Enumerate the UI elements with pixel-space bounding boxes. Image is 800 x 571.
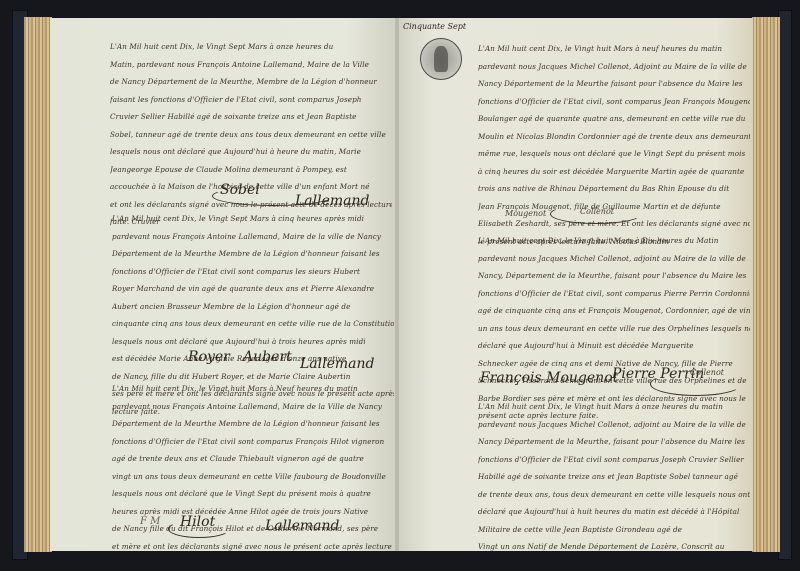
record-line: Cruvier Sellier Habillé agé de soixante … [110, 108, 392, 126]
record-line: Matin, pardevant nous François Antoine L… [110, 56, 392, 74]
record-line: L'An Mil huit cent Dix, le Vingt Sept Ma… [110, 38, 392, 56]
record-line: fonctions d'Officier de l'Etat civil son… [112, 433, 394, 451]
record-entry-right-2: L'An Mil huit cent Dix, le Vingt huit Ma… [478, 232, 750, 425]
record-line: Moulin et Nicolas Blondin Cordonnier agé… [478, 128, 750, 146]
signature: Royer [188, 349, 230, 365]
record-entry-right-3: L'An Mil huit cent Dix, le Vingt huit Ma… [478, 398, 750, 556]
record-line: cinquante cinq ans tous deux demeurant e… [112, 315, 394, 333]
record-line: Sobel, tanneur agé de trente deux ans to… [110, 126, 392, 144]
record-line: Royer Marchand de vin agé de quarante de… [112, 280, 394, 298]
signature: Lallemand [265, 518, 339, 534]
record-line: L'An Mil huit cent Dix, le Vingt Sept Ma… [112, 210, 394, 228]
record-line: Jeangeorge Epouse de Claude Molina demeu… [110, 161, 392, 179]
record-line: Nancy, Département de la Meurthe, faisan… [478, 267, 750, 285]
record-line: pardevant nous Jacques Michel Collenot, … [478, 58, 750, 76]
record-entry-left-3: L'An Mil huit cent Dix, le Vingt huit Ma… [112, 380, 394, 555]
record-line: agé de cinquante cinq ans et François Mo… [478, 302, 750, 320]
page-edges-right [752, 17, 780, 552]
record-line: fonctions d'Officier de l'Etat civil son… [112, 263, 394, 281]
record-line: un ans tous deux demeurant en cette vill… [478, 320, 750, 338]
record-line: fonctions d'Officier de l'Etat civil, so… [478, 93, 750, 111]
signature-flourish [550, 204, 642, 224]
record-line: Boulanger agé de quarante quatre ans, de… [478, 110, 750, 128]
page-edges-left [24, 17, 52, 552]
signature-flourish [168, 520, 230, 538]
signature: Aubert [243, 349, 292, 365]
record-line: de Nancy Département de la Meurthe, Memb… [110, 73, 392, 91]
signature: Lallemand [300, 356, 374, 372]
record-line: agé de trente deux ans et Claude Thiebau… [112, 450, 394, 468]
record-line: à cinq heures du soir est décédée Margue… [478, 163, 750, 181]
record-line: vingt un ans tous deux demeurant en cett… [112, 468, 394, 486]
record-line: lesquels nous ont déclaré que Aujourd'hu… [112, 333, 394, 351]
signature-flourish [212, 186, 334, 206]
record-line: lesquels nous ont déclaré que Aujourd'hu… [110, 143, 392, 161]
record-line: lesquels nous ont déclaré que le Vingt S… [112, 485, 394, 503]
record-line: déclaré que Aujourd'hui à huit heures du… [478, 503, 750, 521]
record-line: faisant les fonctions d'Officier de l'Et… [110, 91, 392, 109]
record-line: déclaré que Aujourd'hui à Minuit est déc… [478, 337, 750, 355]
record-line: L'An Mil huit cent Dix, le Vingt huit Ma… [478, 398, 750, 416]
margin-note: F M [140, 516, 160, 527]
record-line: Vingt un ans Natif de Mende Département … [478, 538, 750, 556]
record-line: fonctions d'Officier de l'Etat civil, so… [478, 285, 750, 303]
record-line: Aubert ancien Brasseur Membre de la Légi… [112, 298, 394, 316]
record-line: pardevant nous Jacques Michel Collenot, … [478, 416, 750, 434]
signature: Mougenot [505, 209, 546, 218]
record-line: pardevant nous François Antoine Lalleman… [112, 398, 394, 416]
seal-stamp-icon [420, 38, 462, 80]
record-line: Département de la Meurthe Membre de la L… [112, 245, 394, 263]
record-line: fonctions d'Officier de l'Etat civil son… [478, 451, 750, 469]
record-line: trois ans native de Rhinau Département d… [478, 180, 750, 198]
record-line: et mère et ont les déclarants signé avec… [112, 538, 394, 556]
record-line: L'An Mil huit cent Dix, le Vingt huit Ma… [112, 380, 394, 398]
record-line: pardevant nous François Antoine Lalleman… [112, 228, 394, 246]
record-line: Département de la Meurthe Membre de la L… [112, 415, 394, 433]
signature-flourish [650, 372, 742, 396]
record-line: L'An Mil huit cent Dix, le Vingt huit Ma… [478, 40, 750, 58]
folio-note: Cinquante Sept [403, 22, 466, 31]
record-line: Nancy Département de la Meurthe faisant … [478, 75, 750, 93]
record-line: pardevant nous Jacques Michel Collenot, … [478, 250, 750, 268]
book-cover-right [778, 10, 792, 560]
record-line: L'An Mil huit cent Dix, le Vingt huit Ma… [478, 232, 750, 250]
record-line: de trente deux ans, tous deux demeurant … [478, 486, 750, 504]
record-line: même rue, lesquels nous ont déclaré que … [478, 145, 750, 163]
record-line: Habillé agé de soixante treize ans et Je… [478, 468, 750, 486]
book-gutter [395, 18, 399, 551]
record-line: Nancy Département de la Meurthe, faisant… [478, 433, 750, 451]
signature: François Mougenot [480, 370, 618, 386]
record-line: Militaire de cette ville Jean Baptiste G… [478, 521, 750, 539]
